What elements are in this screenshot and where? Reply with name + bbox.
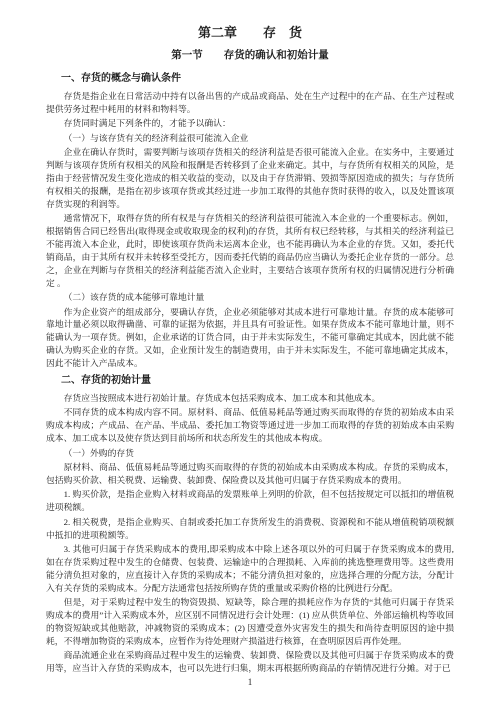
body-paragraph: 2. 相关税费，是指企业购买、自制或委托加工存货所发生的消费税、资源税和不能从增…	[46, 516, 454, 542]
document-page: 第二章 存 货 第一节 存货的确认和初始计量 一、存货的概念与确认条件 存货是指…	[0, 0, 500, 707]
body-paragraph: 不同存货的成本构成内容不同。原材料、商品、低值易耗品等通过购买而取得的存货的初始…	[46, 406, 454, 445]
body-paragraph: 但是，对于采购过程中发生的物资毁损、短缺等，除合理的损耗应作为存货的“其他可归属…	[46, 596, 454, 648]
section-heading-1: 一、存货的概念与确认条件	[46, 72, 454, 85]
body-paragraph: 存货应当按照成本进行初始计量。存货成本包括采购成本、加工成本和其他成本。	[46, 392, 454, 405]
sub-heading: （一）与该存货有关的经济利益很可能流入企业	[46, 132, 454, 145]
sub-heading: （二）该存货的成本能够可靠地计量	[46, 291, 454, 304]
page-number: 1	[0, 677, 500, 687]
body-paragraph: 原材料、商品、低值易耗品等通过购买而取得的存货的初始成本由采购成本构成。存货的采…	[46, 461, 454, 487]
body-paragraph: 商品流通企业在采购商品过程中发生的运输费、装卸费、保险费以及其他可归属于存货采购…	[46, 649, 454, 675]
body-paragraph: 企业在确认存货时，需要判断与该项存货相关的经济利益是否很可能流入企业。在实务中，…	[46, 146, 454, 211]
section-title: 第一节 存货的确认和初始计量	[46, 49, 454, 63]
body-paragraph: 1. 购买价款，是指企业购入材料或商品的发票账单上列明的价款，但不包括按规定可以…	[46, 488, 454, 514]
body-paragraph: 存货同时满足下列条件的，才能予以确认：	[46, 117, 454, 130]
section-heading-2: 二、存货的初始计量	[46, 374, 454, 387]
body-paragraph: 作为企业资产的组成部分，要确认存货，企业必须能够对其成本进行可靠地计量。存货的成…	[46, 306, 454, 371]
chapter-title: 第二章 存 货	[46, 24, 454, 41]
body-paragraph: 通常情况下，取得存货的所有权是与存货相关的经济利益很可能流入本企业的一个重要标志…	[46, 212, 454, 289]
body-paragraph: 3. 其他可归属于存货采购成本的费用,即采购成本中除上述各项以外的可归属于存货采…	[46, 543, 454, 595]
sub-heading: （一）外购的存货	[46, 447, 454, 460]
body-paragraph: 存货是指企业在日常活动中持有以备出售的产成品或商品、处在生产过程中的在产品、在生…	[46, 90, 454, 116]
